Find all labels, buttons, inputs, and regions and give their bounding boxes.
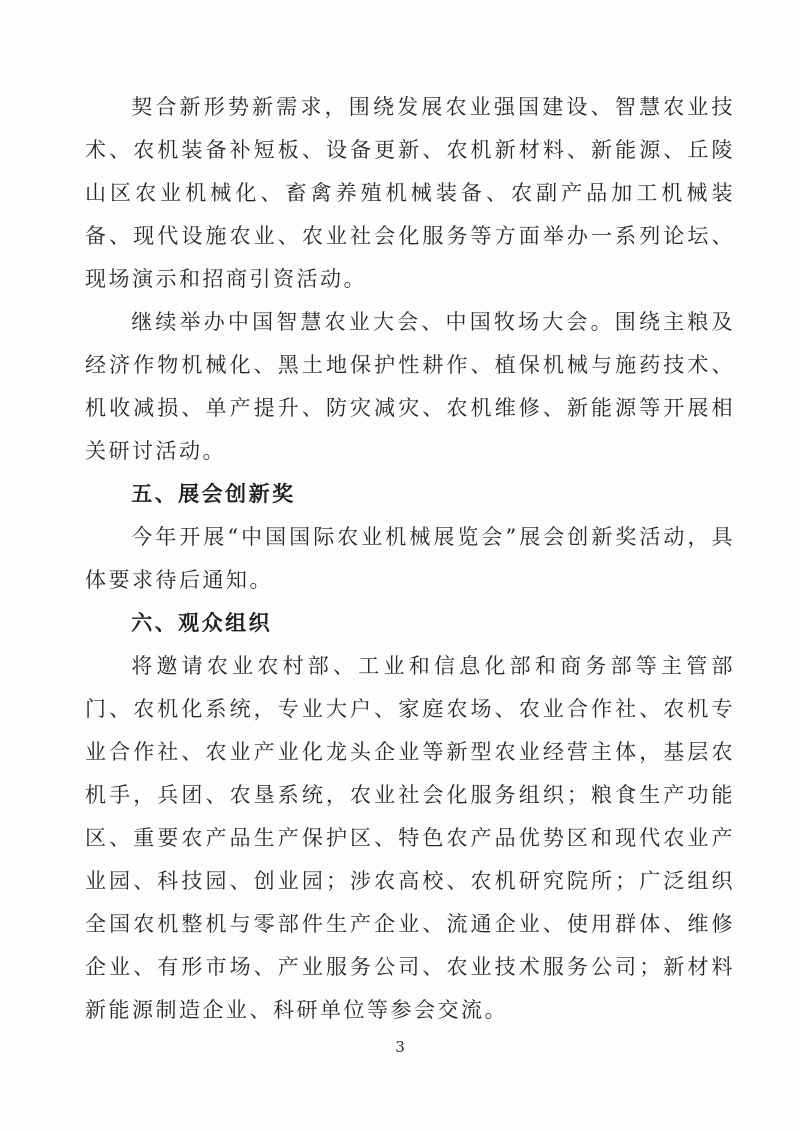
- page-number: 3: [0, 1038, 800, 1056]
- body-paragraph: 今年开展“中国国际农业机械展览会”展会创新奖活动，具体要求待后通知。: [85, 516, 735, 602]
- section-heading-awards: 五、展会创新奖: [85, 473, 735, 516]
- body-paragraph: 将邀请农业农村部、工业和信息化部和商务部等主管部门、农机化系统，专业大户、家庭农…: [85, 645, 735, 1032]
- body-paragraph: 契合新形势新需求，围绕发展农业强国建设、智慧农业技术、农机装备补短板、设备更新、…: [85, 86, 735, 301]
- document-body: 契合新形势新需求，围绕发展农业强国建设、智慧农业技术、农机装备补短板、设备更新、…: [85, 86, 735, 1032]
- section-heading-audience: 六、观众组织: [85, 602, 735, 645]
- body-paragraph: 继续举办中国智慧农业大会、中国牧场大会。围绕主粮及经济作物机械化、黑土地保护性耕…: [85, 301, 735, 473]
- document-page: 契合新形势新需求，围绕发展农业强国建设、智慧农业技术、农机装备补短板、设备更新、…: [0, 0, 800, 1131]
